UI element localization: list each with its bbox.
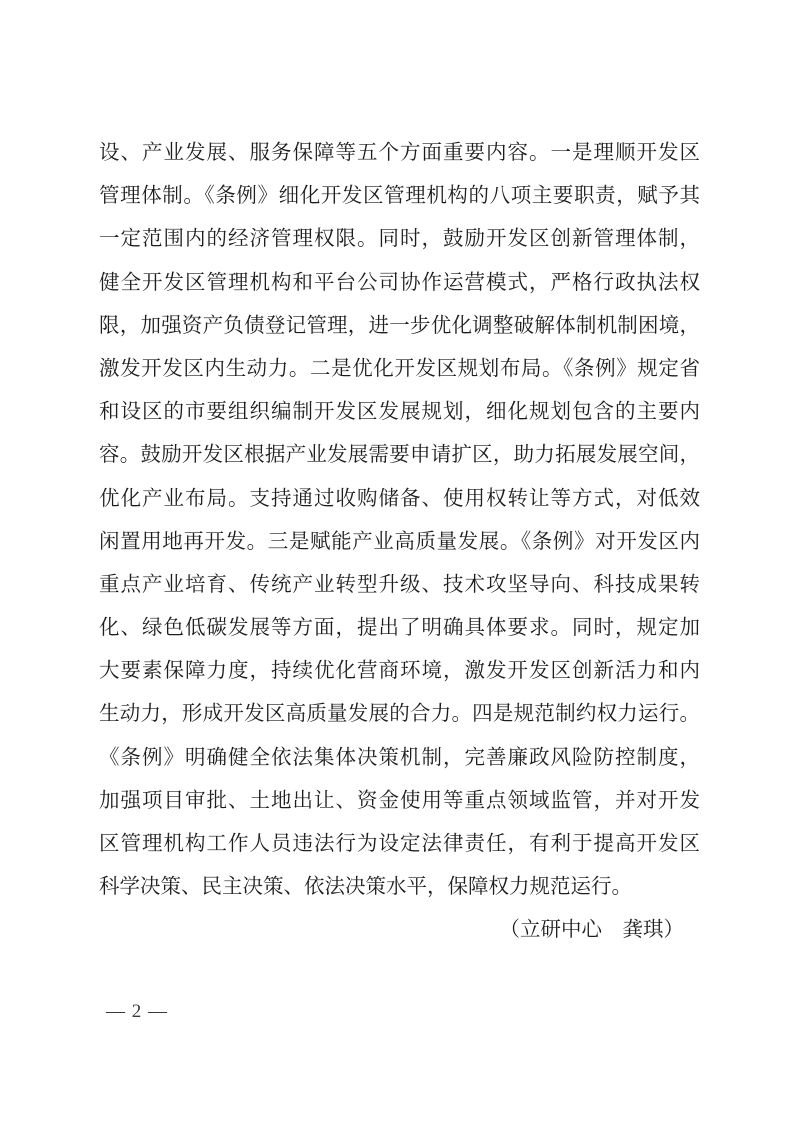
body-line: 管理体制。《条例》细化开发区管理机构的八项主要职责，赋予其 [99,175,700,218]
body-line: 限，加强资产负债登记管理，进一步优化调整破解体制机制困境， [99,305,700,348]
body-line: 激发开发区内生动力。二是优化开发区规划布局。《条例》规定省 [99,348,700,391]
body-line: 科学决策、民主决策、依法决策水平，保障权力规范运行。 [99,866,700,909]
body-line: 容。鼓励开发区根据产业发展需要申请扩区，助力拓展发展空间， [99,434,700,477]
body-text: 设、产业发展、服务保障等五个方面重要内容。一是理顺开发区管理体制。《条例》细化开… [99,132,700,953]
body-line: 闲置用地再开发。三是赋能产业高质量发展。《条例》对开发区内 [99,521,700,564]
body-line: 大要素保障力度，持续优化营商环境，激发开发区创新活力和内 [99,650,700,693]
body-line: 一定范围内的经济管理权限。同时，鼓励开发区创新管理体制， [99,218,700,261]
body-line: 健全开发区管理机构和平台公司协作运营模式，严格行政执法权 [99,262,700,305]
document-page: 设、产业发展、服务保障等五个方面重要内容。一是理顺开发区管理体制。《条例》细化开… [0,0,793,1122]
body-paragraph-lines: 设、产业发展、服务保障等五个方面重要内容。一是理顺开发区管理体制。《条例》细化开… [99,132,700,909]
page-number: — 2 — [106,1001,168,1024]
body-line: 化、绿色低碳发展等方面，提出了明确具体要求。同时，规定加 [99,607,700,650]
body-line: 加强项目审批、土地出让、资金使用等重点领域监管，并对开发 [99,780,700,823]
body-line: 《条例》明确健全依法集体决策机制，完善廉政风险防控制度， [99,737,700,780]
body-line: 重点产业培育、传统产业转型升级、技术攻坚导向、科技成果转 [99,564,700,607]
signature-line: （立研中心 龚琪） [99,909,700,952]
body-line: 设、产业发展、服务保障等五个方面重要内容。一是理顺开发区 [99,132,700,175]
body-line: 和设区的市要组织编制开发区发展规划，细化规划包含的主要内 [99,391,700,434]
body-line: 区管理机构工作人员违法行为设定法律责任，有利于提高开发区 [99,823,700,866]
body-line: 生动力，形成开发区高质量发展的合力。四是规范制约权力运行。 [99,693,700,736]
body-line: 优化产业布局。支持通过收购储备、使用权转让等方式，对低效 [99,478,700,521]
